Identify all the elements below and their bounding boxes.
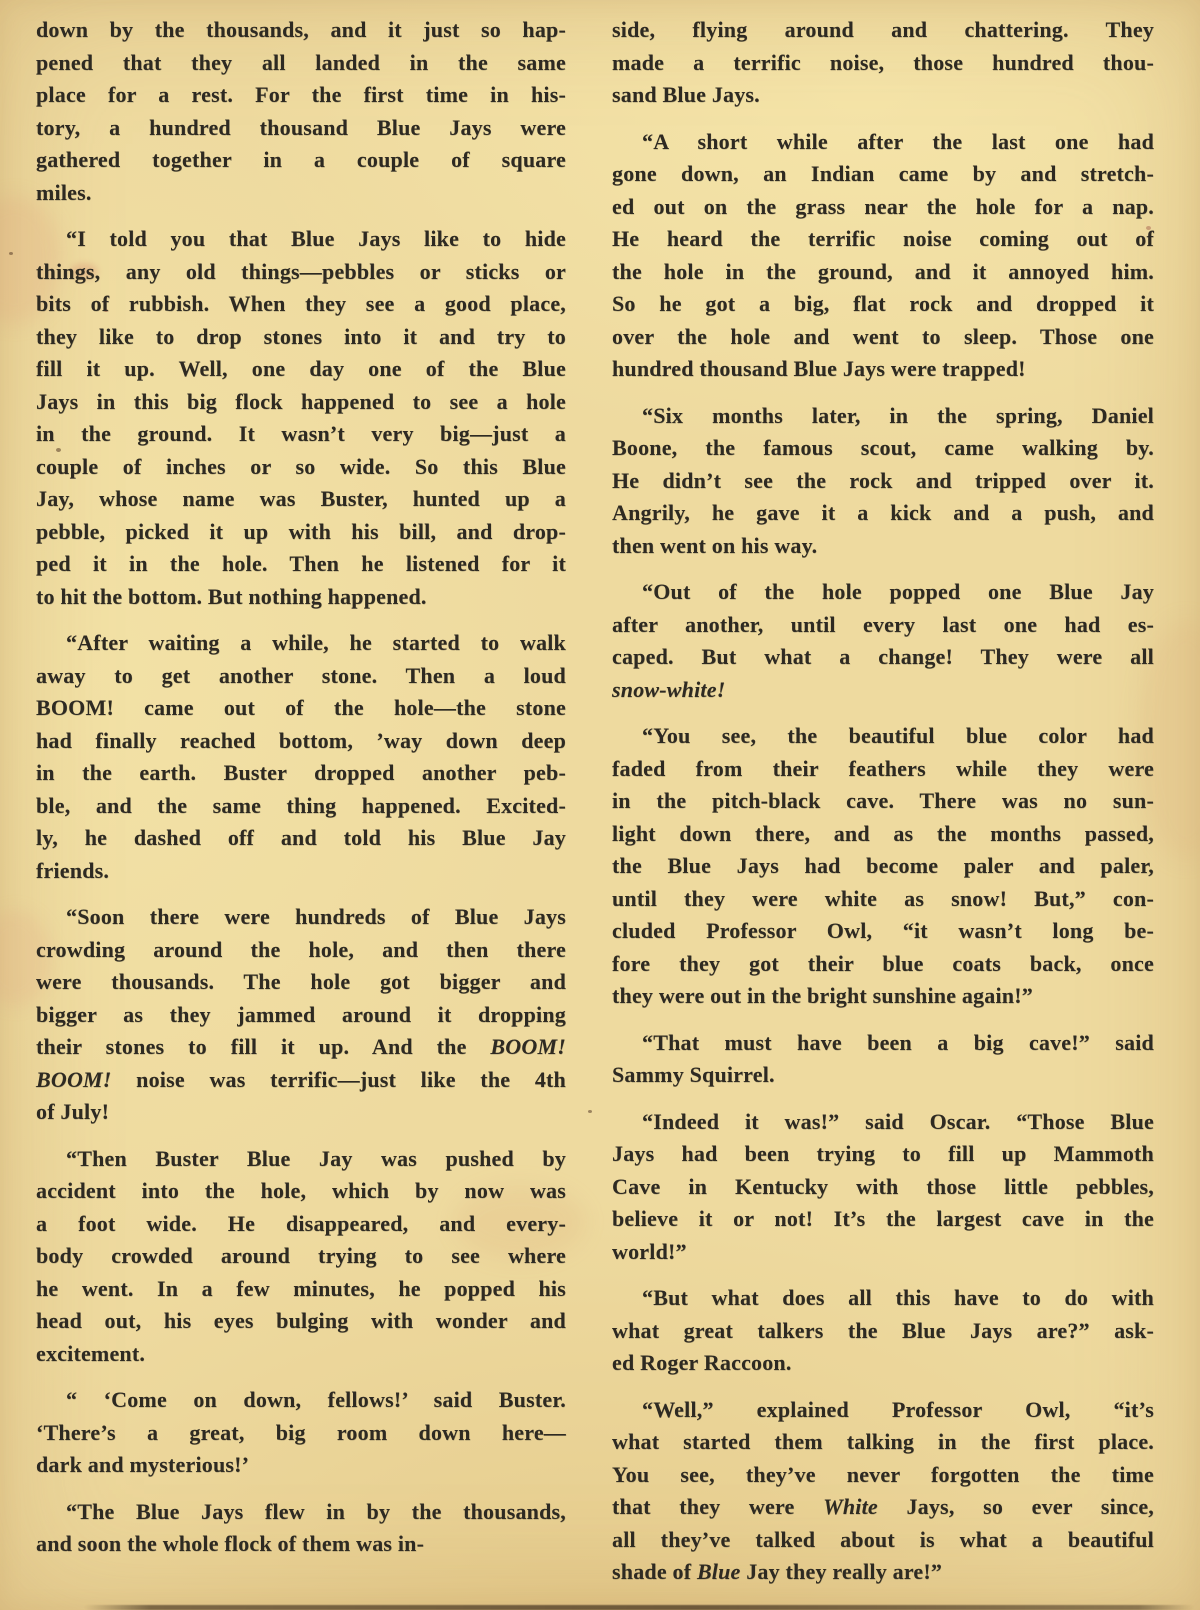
ink-speck: [9, 252, 13, 255]
text-line: after another, until every last one had …: [612, 609, 1154, 642]
text-line: crowding around the hole, and then there: [36, 934, 566, 967]
text-line: over the hole and went to sleep. Those o…: [612, 321, 1154, 354]
text-line: down by the thousands, and it just so ha…: [36, 14, 566, 47]
text-line: side, flying around and chattering. They: [612, 14, 1154, 47]
paragraph: “Out of the hole popped one Blue Jayafte…: [612, 576, 1154, 706]
text-column-right: side, flying around and chattering. They…: [612, 14, 1154, 1589]
text-line: faded from their feathers while they wer…: [612, 753, 1154, 786]
paragraph: “You see, the beautiful blue color hadfa…: [612, 720, 1154, 1013]
text-line: body crowded around trying to see where: [36, 1240, 566, 1273]
text-line: and soon the whole flock of them was in-: [36, 1528, 566, 1561]
text-line: “But what does all this have to do with: [612, 1282, 1154, 1315]
text-line: world!”: [612, 1236, 1154, 1269]
text-line: in the pitch-black cave. There was no su…: [612, 785, 1154, 818]
text-line: fore they got their blue coats back, onc…: [612, 948, 1154, 981]
text-line: “Soon there were hundreds of Blue Jays: [36, 901, 566, 934]
text-line: bits of rubbish. When they see a good pl…: [36, 288, 566, 321]
ink-speck: [588, 1110, 592, 1113]
text-line: He heard the terrific noise coming out o…: [612, 223, 1154, 256]
text-line: BOOM! noise was terrific—just like the 4…: [36, 1064, 566, 1097]
paragraph: “A short while after the last one hadgon…: [612, 126, 1154, 386]
paragraph: “Well,” explained Professor Owl, “it’swh…: [612, 1394, 1154, 1589]
text-line: fill it up. Well, one day one of the Blu…: [36, 353, 566, 386]
text-line: “Then Buster Blue Jay was pushed by: [36, 1143, 566, 1176]
text-line: BOOM! came out of the hole—the stone: [36, 692, 566, 725]
text-line: pened that they all landed in the same: [36, 47, 566, 80]
text-line: “ ‘Come on down, fellows!’ said Buster.: [36, 1384, 566, 1417]
text-line: made a terrific noise, those hundred tho…: [612, 47, 1154, 80]
text-line: sand Blue Jays.: [612, 79, 1154, 112]
text-line: light down there, and as the months pass…: [612, 818, 1154, 851]
text-line: snow-white!: [612, 674, 1154, 707]
text-line: You see, they’ve never forgotten the tim…: [612, 1459, 1154, 1492]
text-column-left: down by the thousands, and it just so ha…: [36, 14, 566, 1561]
text-line: “I told you that Blue Jays like to hide: [36, 223, 566, 256]
text-line: “A short while after the last one had: [612, 126, 1154, 159]
text-line: in the earth. Buster dropped another peb…: [36, 757, 566, 790]
text-line: ed out on the grass near the hole for a …: [612, 191, 1154, 224]
page: down by the thousands, and it just so ha…: [0, 0, 1200, 1610]
text-line: Jays in this big flock happened to see a…: [36, 386, 566, 419]
text-line: shade of Blue Jay they really are!”: [612, 1556, 1154, 1589]
text-line: ‘There’s a great, big room down here—: [36, 1417, 566, 1450]
text-line: then went on his way.: [612, 530, 1154, 563]
text-line: “After waiting a while, he started to wa…: [36, 627, 566, 660]
text-line: Sammy Squirrel.: [612, 1059, 1154, 1092]
paragraph: “The Blue Jays flew in by the thousands,…: [36, 1496, 566, 1561]
text-line: ly, he dashed off and told his Blue Jay: [36, 822, 566, 855]
text-line: “Well,” explained Professor Owl, “it’s: [612, 1394, 1154, 1427]
text-line: in the ground. It wasn’t very big—just a: [36, 418, 566, 451]
page-bottom-edge-shadow: [84, 1605, 1194, 1610]
paragraph: “ ‘Come on down, fellows!’ said Buster.‘…: [36, 1384, 566, 1482]
text-line: dark and mysterious!’: [36, 1449, 566, 1482]
text-line: a foot wide. He disappeared, and every-: [36, 1208, 566, 1241]
paragraph: side, flying around and chattering. They…: [612, 14, 1154, 112]
text-line: Angrily, he gave it a kick and a push, a…: [612, 497, 1154, 530]
paragraph: “Six months later, in the spring, Daniel…: [612, 400, 1154, 563]
text-line: to hit the bottom. But nothing happened.: [36, 581, 566, 614]
text-line: miles.: [36, 177, 566, 210]
text-line: So he got a big, flat rock and dropped i…: [612, 288, 1154, 321]
text-line: their stones to fill it up. And the BOOM…: [36, 1031, 566, 1064]
text-line: ed Roger Raccoon.: [612, 1347, 1154, 1380]
text-line: of July!: [36, 1096, 566, 1129]
text-line: Jays had been trying to fill up Mammoth: [612, 1138, 1154, 1171]
text-line: hundred thousand Blue Jays were trapped!: [612, 353, 1154, 386]
paragraph: “Soon there were hundreds of Blue Jayscr…: [36, 901, 566, 1129]
text-line: “That must have been a big cave!” said: [612, 1027, 1154, 1060]
paragraph: “After waiting a while, he started to wa…: [36, 627, 566, 887]
text-line: gone down, an Indian came by and stretch…: [612, 158, 1154, 191]
text-line: what started them talking in the first p…: [612, 1426, 1154, 1459]
text-line: Cave in Kentucky with those little pebbl…: [612, 1171, 1154, 1204]
paragraph: “But what does all this have to do withw…: [612, 1282, 1154, 1380]
text-line: place for a rest. For the first time in …: [36, 79, 566, 112]
text-line: “The Blue Jays flew in by the thousands,: [36, 1496, 566, 1529]
text-line: pebble, picked it up with his bill, and …: [36, 516, 566, 549]
text-line: head out, his eyes bulging with wonder a…: [36, 1305, 566, 1338]
text-line: “Six months later, in the spring, Daniel: [612, 400, 1154, 433]
text-line: all they’ve talked about is what a beaut…: [612, 1524, 1154, 1557]
paragraph: “That must have been a big cave!” saidSa…: [612, 1027, 1154, 1092]
text-line: they were out in the bright sunshine aga…: [612, 980, 1154, 1013]
text-line: he went. In a few minutes, he popped his: [36, 1273, 566, 1306]
text-line: friends.: [36, 855, 566, 888]
text-line: gathered together in a couple of square: [36, 144, 566, 177]
text-line: “Out of the hole popped one Blue Jay: [612, 576, 1154, 609]
text-line: what great talkers the Blue Jays are?” a…: [612, 1315, 1154, 1348]
text-line: caped. But what a change! They were all: [612, 641, 1154, 674]
paragraph: down by the thousands, and it just so ha…: [36, 14, 566, 209]
text-line: excitement.: [36, 1338, 566, 1371]
text-line: Jay, whose name was Buster, hunted up a: [36, 483, 566, 516]
text-line: the Blue Jays had become paler and paler…: [612, 850, 1154, 883]
text-line: they like to drop stones into it and try…: [36, 321, 566, 354]
paragraph: “I told you that Blue Jays like to hidet…: [36, 223, 566, 613]
text-line: couple of inches or so wide. So this Blu…: [36, 451, 566, 484]
text-line: until they were white as snow! But,” con…: [612, 883, 1154, 916]
text-line: that they were White Jays, so ever since…: [612, 1491, 1154, 1524]
text-line: “Indeed it was!” said Oscar. “Those Blue: [612, 1106, 1154, 1139]
text-line: “You see, the beautiful blue color had: [612, 720, 1154, 753]
text-line: were thousands. The hole got bigger and: [36, 966, 566, 999]
paragraph: “Then Buster Blue Jay was pushed byaccid…: [36, 1143, 566, 1371]
text-line: ble, and the same thing happened. Excite…: [36, 790, 566, 823]
text-line: tory, a hundred thousand Blue Jays were: [36, 112, 566, 145]
text-line: away to get another stone. Then a loud: [36, 660, 566, 693]
text-line: bigger as they jammed around it dropping: [36, 999, 566, 1032]
paragraph: “Indeed it was!” said Oscar. “Those Blue…: [612, 1106, 1154, 1269]
text-line: cluded Professor Owl, “it wasn’t long be…: [612, 915, 1154, 948]
text-line: the hole in the ground, and it annoyed h…: [612, 256, 1154, 289]
text-line: believe it or not! It’s the largest cave…: [612, 1203, 1154, 1236]
text-line: ped it in the hole. Then he listened for…: [36, 548, 566, 581]
text-line: had finally reached bottom, ’way down de…: [36, 725, 566, 758]
text-line: Boone, the famous scout, came walking by…: [612, 432, 1154, 465]
text-line: things, any old things—pebbles or sticks…: [36, 256, 566, 289]
text-line: accident into the hole, which by now was: [36, 1175, 566, 1208]
text-line: He didn’t see the rock and tripped over …: [612, 465, 1154, 498]
